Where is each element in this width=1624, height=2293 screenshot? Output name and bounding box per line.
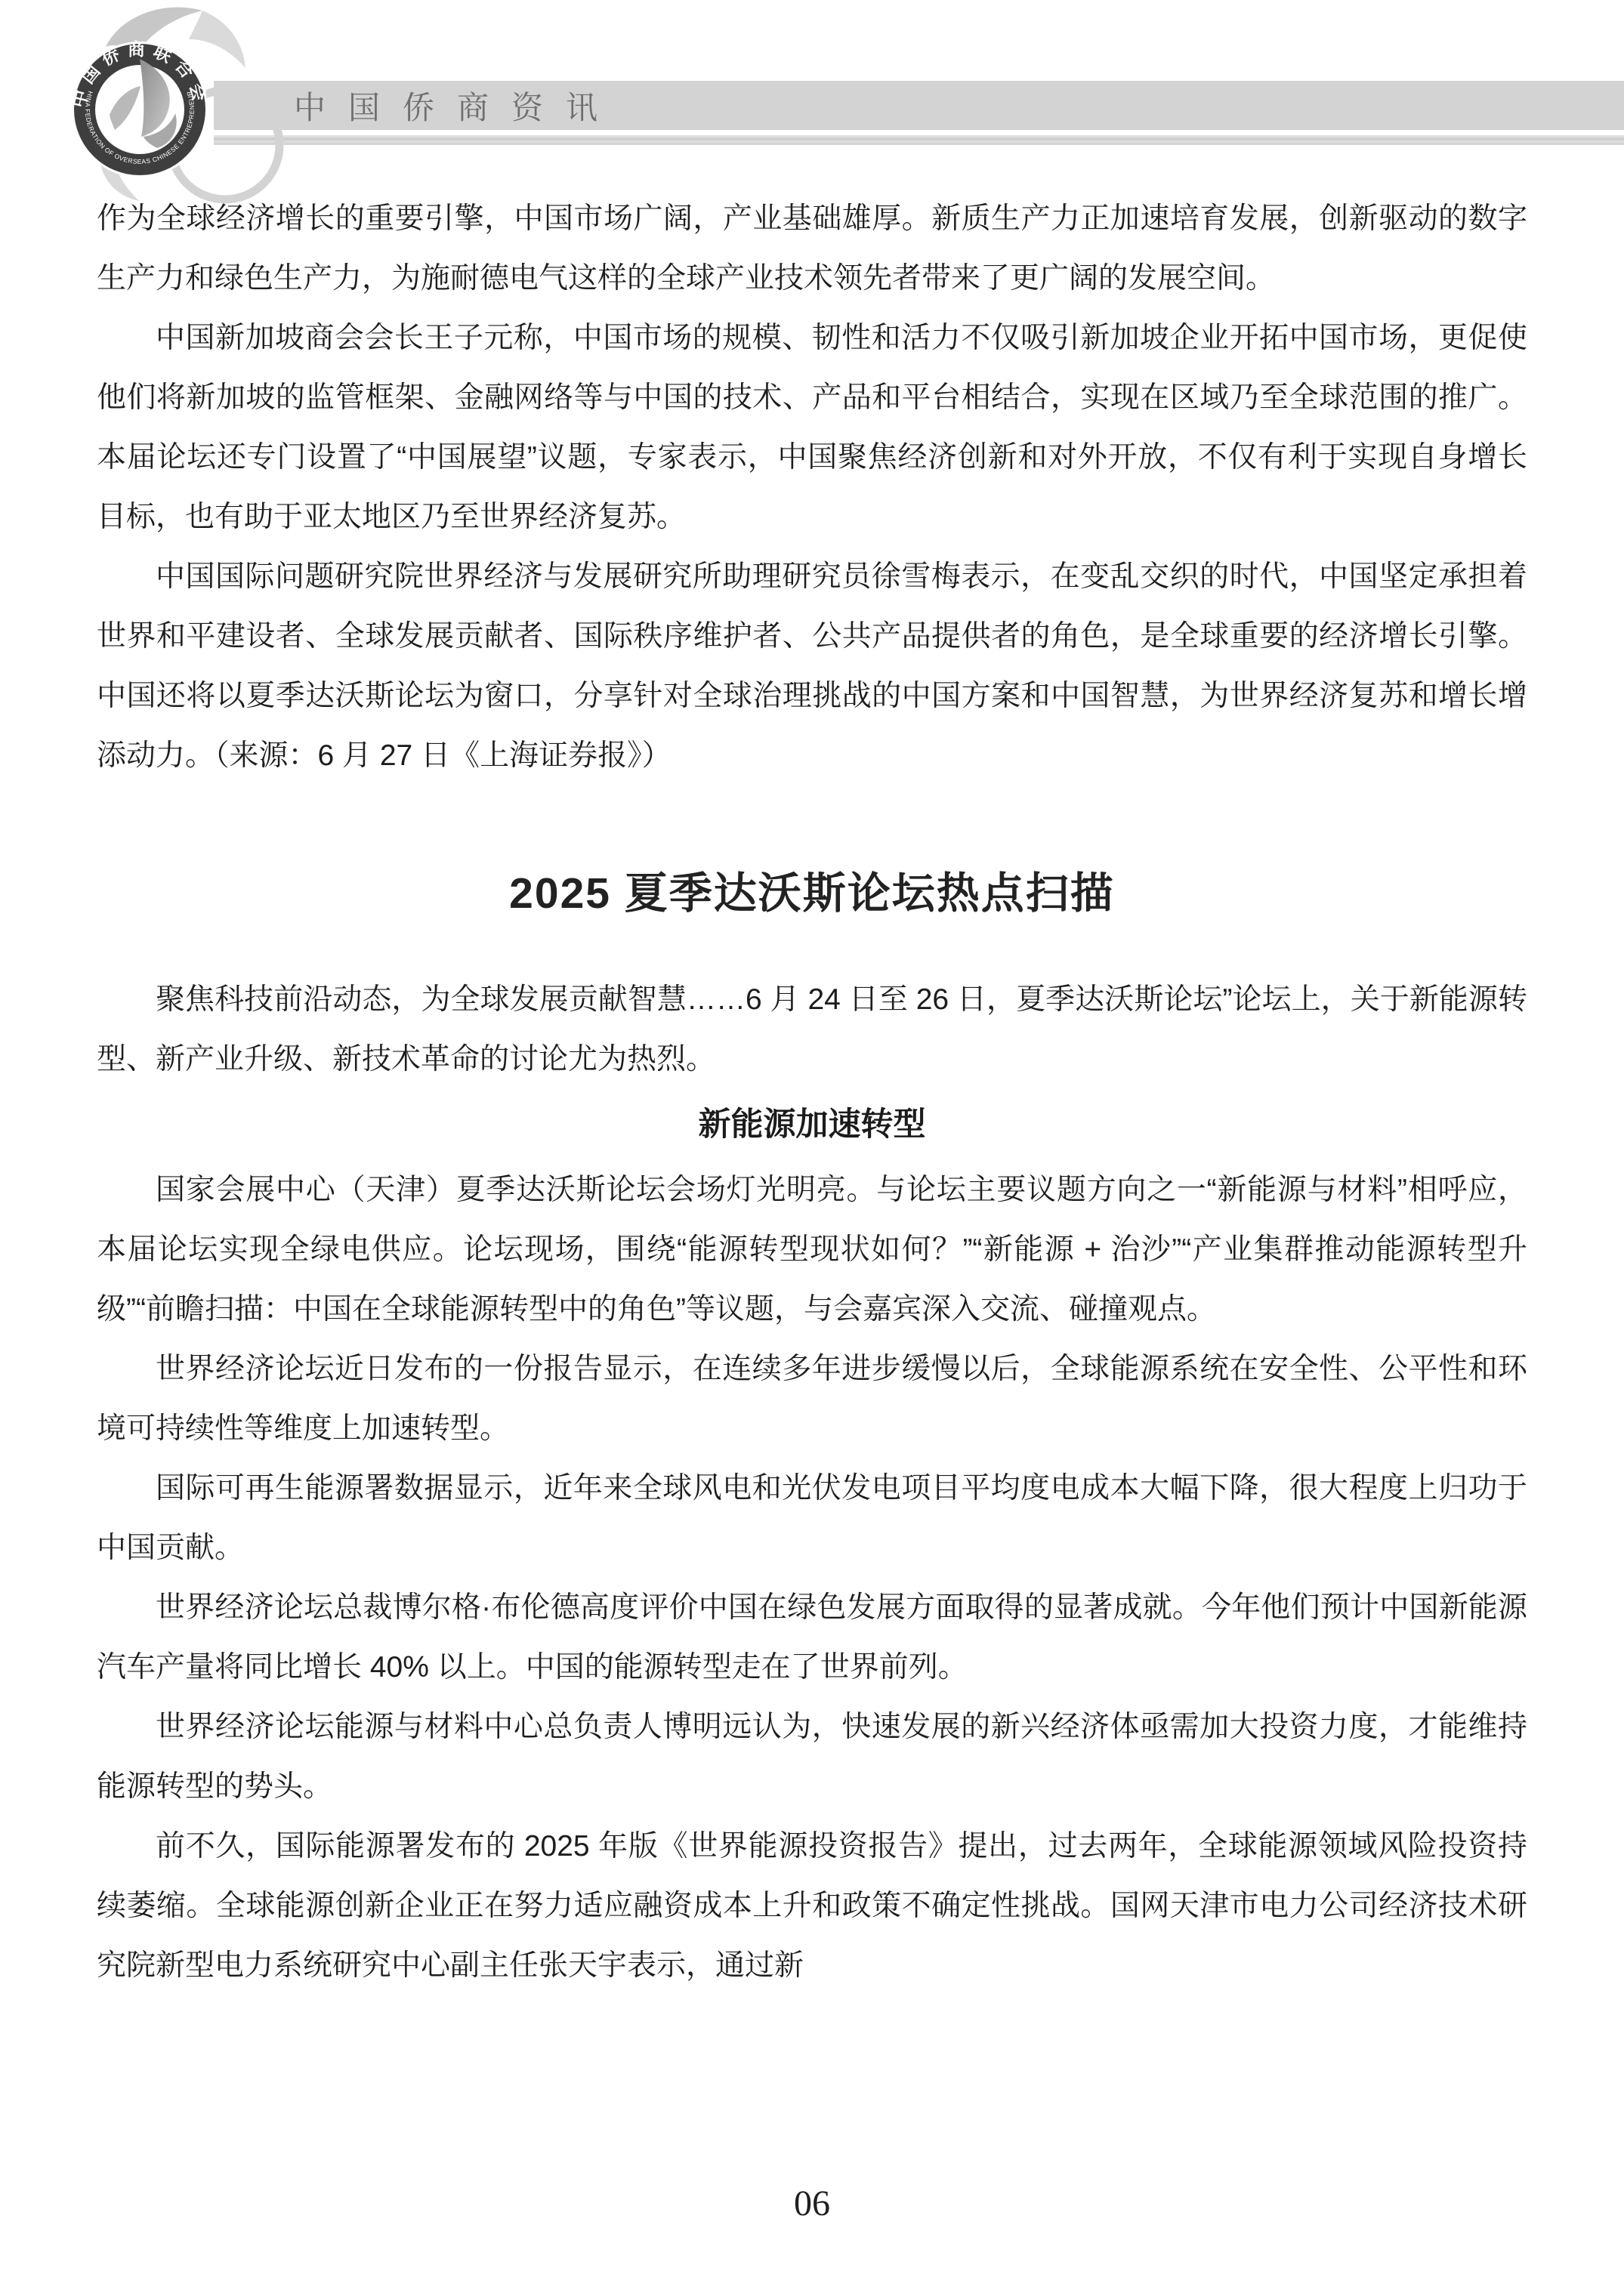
article-title: 2025 夏季达沃斯论坛热点扫描 xyxy=(97,861,1527,926)
body-paragraph: 国家会展中心（天津）夏季达沃斯论坛会场灯光明亮。与论坛主要议题方向之一“新能源与… xyxy=(97,1160,1527,1339)
header-banner: 中国侨商资讯 xyxy=(214,81,1624,130)
body-paragraph: 前不久，国际能源署发布的 2025 年版《世界能源投资报告》提出，过去两年，全球… xyxy=(97,1816,1527,1995)
body-paragraph: 聚焦科技前沿动态，为全球发展贡献智慧……6 月 24 日至 26 日，夏季达沃斯… xyxy=(97,970,1527,1089)
federation-logo-icon: 中国侨商联合会 CHINA FEDERATION OF OVERSEAS CHI… xyxy=(30,0,310,211)
banner-title: 中国侨商资讯 xyxy=(294,83,620,128)
body-paragraph: 中国新加坡商会会长王子元称，中国市场的规模、韧性和活力不仅吸引新加坡企业开拓中国… xyxy=(97,308,1527,547)
body-paragraph: 中国国际问题研究院世界经济与发展研究所助理研究员徐雪梅表示，在变乱交织的时代，中… xyxy=(97,547,1527,785)
document-page: 中国侨商资讯 xyxy=(0,0,1624,2293)
page-number: 06 xyxy=(0,2183,1624,2224)
subsection-heading: 新能源加速转型 xyxy=(97,1094,1527,1156)
body-paragraph: 国际可再生能源署数据显示，近年来全球风电和光伏发电项目平均度电成本大幅下降，很大… xyxy=(97,1458,1527,1578)
body-paragraph: 世界经济论坛近日发布的一份报告显示，在连续多年进步缓慢以后，全球能源系统在安全性… xyxy=(97,1339,1527,1458)
federation-logo: 中国侨商联合会 CHINA FEDERATION OF OVERSEAS CHI… xyxy=(30,0,310,211)
body-paragraph: 世界经济论坛能源与材料中心总负责人博明远认为，快速发展的新兴经济体亟需加大投资力… xyxy=(97,1697,1527,1816)
logo-emblem-icon: 中国侨商联合会 CHINA FEDERATION OF OVERSEAS CHI… xyxy=(30,0,211,177)
banner-stripes-divider xyxy=(214,135,1624,145)
body-paragraph: 世界经济论坛总裁博尔格·布伦德高度评价中国在绿色发展方面取得的显著成就。今年他们… xyxy=(97,1578,1527,1697)
body-paragraph: 作为全球经济增长的重要引擎，中国市场广阔，产业基础雄厚。新质生产力正加速培育发展… xyxy=(97,189,1527,308)
article-body: 作为全球经济增长的重要引擎，中国市场广阔，产业基础雄厚。新质生产力正加速培育发展… xyxy=(97,189,1527,1995)
